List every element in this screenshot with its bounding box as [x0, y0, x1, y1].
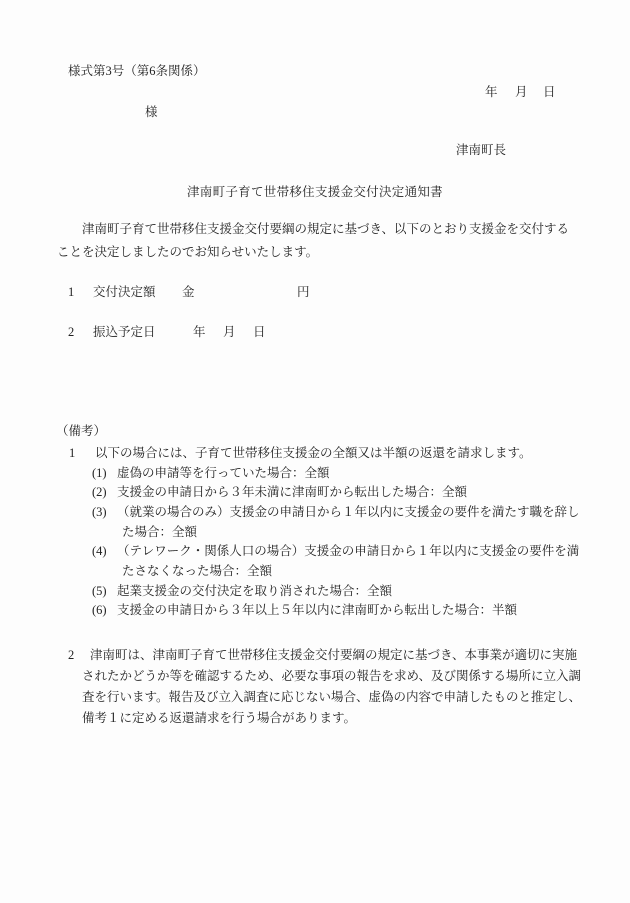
item1-label: 交付決定額 — [93, 285, 156, 299]
subitem4-text: （テレワーク・関係人口の場合）支援金の申請日から１年以内に支援金の要件を満 — [117, 544, 579, 558]
subitem6-text: 支援金の申請日から３年以上５年以内に津南町から転出した場合：半額 — [117, 603, 517, 617]
intro-line-2: ことを決定しましたのでお知らせいたします。 — [57, 245, 318, 259]
subitem3-text: （就業の場合のみ）支援金の申請日から１年以内に支援金の要件を満たす職を辞し — [117, 505, 580, 519]
form-number: 様式第3号（第6条関係） — [68, 64, 206, 78]
subitem1-text: 虚偽の申請等を行っていた場合：全額 — [117, 466, 330, 480]
item2-year-label: 年 — [193, 325, 206, 339]
remark2-line-2: されたかどうか等を確認するため、必要な事項の報告を求め、及び関係する場所に立入調 — [82, 669, 581, 683]
intro-line-1: 津南町子育て世帯移住支援金交付要綱の規定に基づき、以下のとおり支援金を交付する — [82, 222, 569, 236]
item2-month-label: 月 — [223, 325, 236, 339]
subitem1-marker: (1) — [92, 466, 107, 480]
remark2-text-1: 津南町は、津南町子育て世帯移住支援金交付要綱の規定に基づき、本事業が適切に実施 — [90, 648, 577, 662]
subitem5-marker: (5) — [92, 584, 107, 598]
subitem4-marker: (4) — [92, 544, 107, 558]
item1-amount-suffix: 円 — [297, 285, 310, 299]
subitem6-marker: (6) — [92, 603, 107, 617]
remark1-subitem-3-continued: た場合：全額 — [122, 525, 197, 539]
item2-number: 2 — [68, 325, 74, 339]
item2-label: 振込予定日 — [93, 325, 156, 339]
document-page: 様式第3号（第6条関係） 年 月 日 様 津南町長 津南町子育て世帯移住支援金交… — [0, 0, 630, 903]
subitem2-text: 支援金の申請日から３年未満に津南町から転出した場合：全額 — [117, 485, 467, 499]
remark2-number: 2 — [68, 648, 74, 662]
date-day-label: 日 — [543, 85, 556, 99]
remark2-line-3: 査を行います。報告及び立入調査に応じない場合、虚偽の内容で申請したものと推定し、 — [82, 690, 581, 704]
remark1-text: 以下の場合には、子育て世帯移住支援金の全額又は半額の返還を請求します。 — [95, 446, 532, 460]
document-title: 津南町子育て世帯移住支援金交付決定通知書 — [0, 185, 630, 199]
item2-day-label: 日 — [253, 325, 266, 339]
subitem5-text: 起業支援金の交付決定を取り消された場合：全額 — [117, 584, 392, 598]
remark1-number: 1 — [69, 446, 75, 460]
subitem2-marker: (2) — [92, 485, 107, 499]
item1-amount-prefix: 金 — [182, 285, 195, 299]
item1-number: 1 — [68, 285, 74, 299]
addressee-suffix: 様 — [145, 105, 158, 119]
issuer-name: 津南町長 — [456, 143, 506, 157]
date-year-label: 年 — [485, 85, 498, 99]
subitem3-marker: (3) — [92, 505, 107, 519]
remarks-heading: （備考） — [56, 424, 106, 438]
remark2-line-4: 備考１に定める返還請求を行う場合があります。 — [82, 711, 356, 725]
date-month-label: 月 — [515, 85, 528, 99]
remark1-subitem-4-continued: たさなくなった場合：全額 — [122, 564, 272, 578]
